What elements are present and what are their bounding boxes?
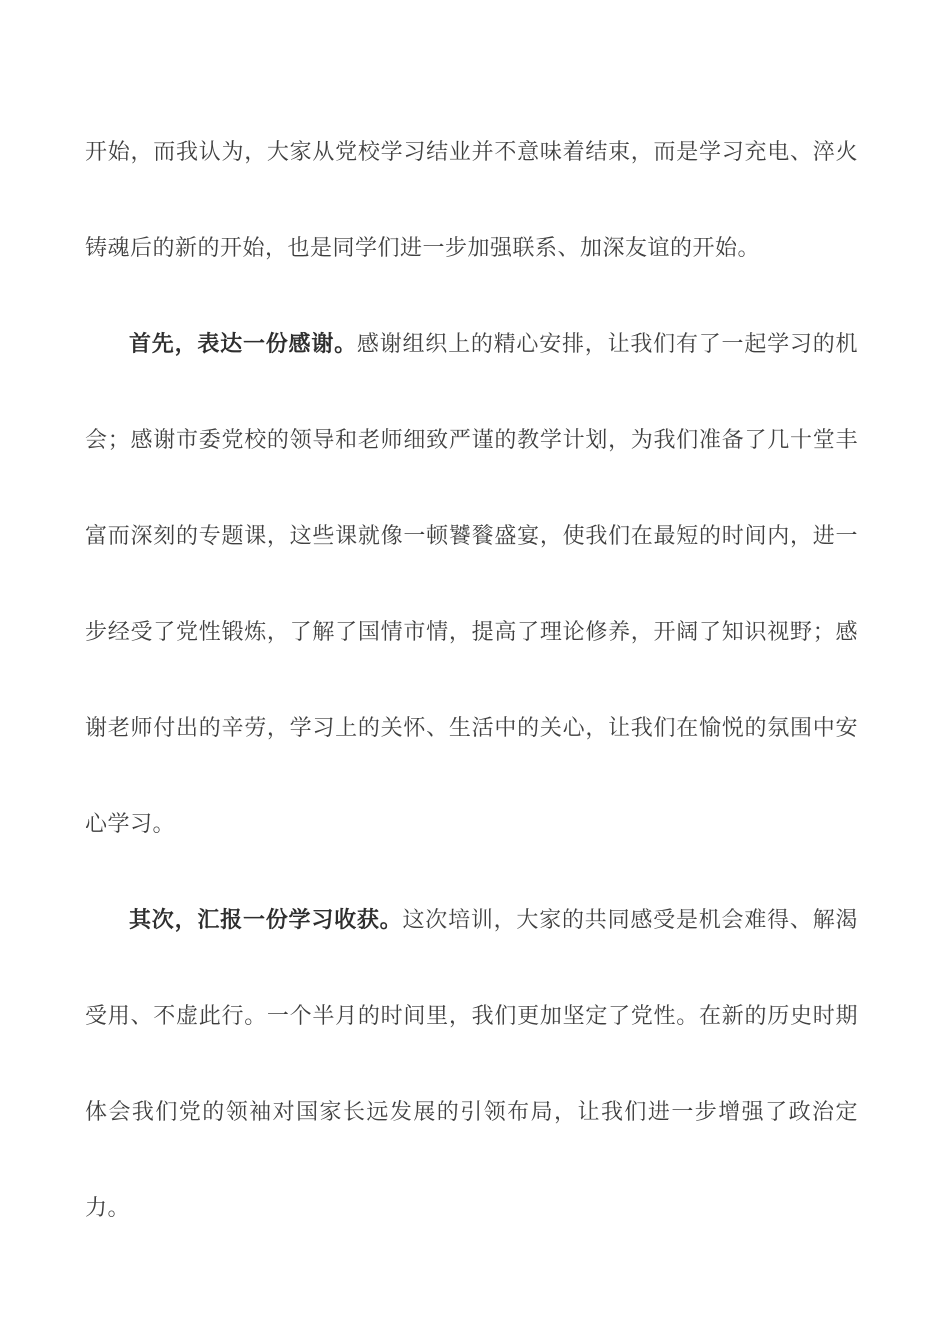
document-body: 开始，而我认为，大家从党校学习结业并不意味着结束，而是学习充电、淬火铸魂后的新的… <box>85 104 858 1256</box>
paragraph-text: 这次培训，大家的共同感受是机会难得、解渴受用、不虚此行。一个半月的时间里，我们更… <box>85 907 858 1220</box>
paragraph-text: 开始，而我认为，大家从党校学习结业并不意味着结束，而是学习充电、淬火铸魂后的新的… <box>85 139 858 260</box>
paragraph-lead: 其次，汇报一份学习收获。 <box>129 907 402 932</box>
paragraph-continuation: 开始，而我认为，大家从党校学习结业并不意味着结束，而是学习充电、淬火铸魂后的新的… <box>85 104 858 296</box>
paragraph-text: 感谢组织上的精心安排，让我们有了一起学习的机会；感谢市委党校的领导和老师细致严谨… <box>85 331 858 836</box>
paragraph-second-point: 其次，汇报一份学习收获。这次培训，大家的共同感受是机会难得、解渴受用、不虚此行。… <box>85 872 858 1256</box>
paragraph-lead: 首先，表达一份感谢。 <box>129 331 357 356</box>
document-page: 开始，而我认为，大家从党校学习结业并不意味着结束，而是学习充电、淬火铸魂后的新的… <box>0 0 950 1344</box>
paragraph-first-point: 首先，表达一份感谢。感谢组织上的精心安排，让我们有了一起学习的机会；感谢市委党校… <box>85 296 858 872</box>
